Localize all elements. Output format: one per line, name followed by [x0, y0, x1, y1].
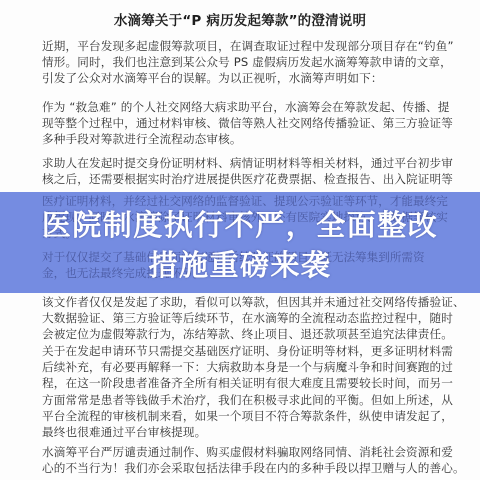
paragraph-materials: 求助人在发起时提交身份证明材料、病情证明材料等相关材料，通过平台初步审 核之后，…	[42, 155, 442, 187]
text-line: 求助人在发起时提交身份证明材料、病情证明材料等相关材料，通过平台初步审	[42, 155, 442, 171]
banner-headline-line2: 措施重磅来袭	[0, 243, 480, 284]
paragraph-intro: 近期，平台发现多起虚假筹款项目，在调查取证过程中发现部分项目存在“钓鱼” 情形。…	[42, 38, 442, 87]
text-line: 最终也很难通过平台审核提现。	[42, 424, 442, 440]
paragraph-explanation: 关于在发起申请环节只需提交基础医疗证明、身份证明等材料，更多证明材料需 后续补充…	[42, 343, 442, 440]
paragraph-author-case: 该文作者仅仅是发起了求助，看似可以筹款，但因其并未通过社交网络传播验证、 大数据…	[42, 294, 442, 343]
text-line: 心的不当行为！我们亦会采取包括法律手段在内的多种手段以捍卫赠与人的善心。	[42, 460, 442, 476]
text-line: 会被定位为虚假筹款行为，冻结筹款、终止项目、退还款项甚至追究法律责任。	[42, 326, 442, 342]
paragraph-platform-role: 作为 “救急难” 的个人社交网络大病求助平台，水滴筹会在筹款发起、传播、提 现等…	[42, 99, 442, 148]
text-line: 近期，平台发现多起虚假筹款项目，在调查取证过程中发现部分项目存在“钓鱼”	[42, 38, 442, 54]
text-line: 引发了公众对水滴筹平台的误解。为以正视听，水滴筹声明如下：	[42, 70, 442, 86]
text-line: 关于在发起申请环节只需提交基础医疗证明、身份证明等材料，更多证明材料需	[42, 343, 442, 359]
text-line: 情形。同时，我们也注意到某公众号 PS 虚假病历发起水滴筹筹款申请的文章，	[42, 54, 442, 70]
text-line: 多种手段对筹款进行全流程动态审核。	[42, 131, 442, 147]
text-line: 现等整个过程中，通过材料审核、微信等熟人社交网络传播验证、第三方验证等	[42, 115, 442, 131]
document-title: 水滴筹关于“P 病历发起筹款”的澄清说明	[0, 9, 480, 29]
text-line: 大数据验证、第三方验证等后续环节，在水滴筹的全流程动态监控过程中，随时	[42, 310, 442, 326]
text-line: 后续补充，有必要再解释一下：大病救助本身是一个与病魔斗争和时间赛跑的过	[42, 359, 442, 375]
text-line: 程，在这一阶段患者准备齐全所有相关证明有很大难度且需要较长时间，而另一	[42, 375, 442, 391]
text-line: 该文作者仅仅是发起了求助，看似可以筹款，但因其并未通过社交网络传播验证、	[42, 294, 442, 310]
text-line: 方面常常是患者等钱做手术治疗，我们在积极寻求此间的平衡。但如上所述，从	[42, 392, 442, 408]
text-line: 平台全流程的审核机制来看，如果一个项目不符合筹款条件，纵使申请发起了，	[42, 408, 442, 424]
banner-headline-line1: 医院制度执行不严，全面整改	[0, 203, 480, 244]
paragraph-condemnation: 水滴筹平台严厉谴责通过制作、购买虚假材料骗取网络同情、消耗社会资源和爱 心的不当…	[42, 444, 442, 476]
headline-banner: 医疗证明材料，并经过社交网络的监督验证、提现公示验证等环节，才能最终完 成提现。…	[0, 192, 480, 293]
text-line: 水滴筹平台严厉谴责通过制作、购买虚假材料骗取网络同情、消耗社会资源和爱	[42, 444, 442, 460]
text-line: 核之后，还需要根据实时治疗进展提供医疗花费票据、检查报告、出入院证明等	[42, 171, 442, 187]
text-line: 作为 “救急难” 的个人社交网络大病求助平台，水滴筹会在筹款发起、传播、提	[42, 99, 442, 115]
